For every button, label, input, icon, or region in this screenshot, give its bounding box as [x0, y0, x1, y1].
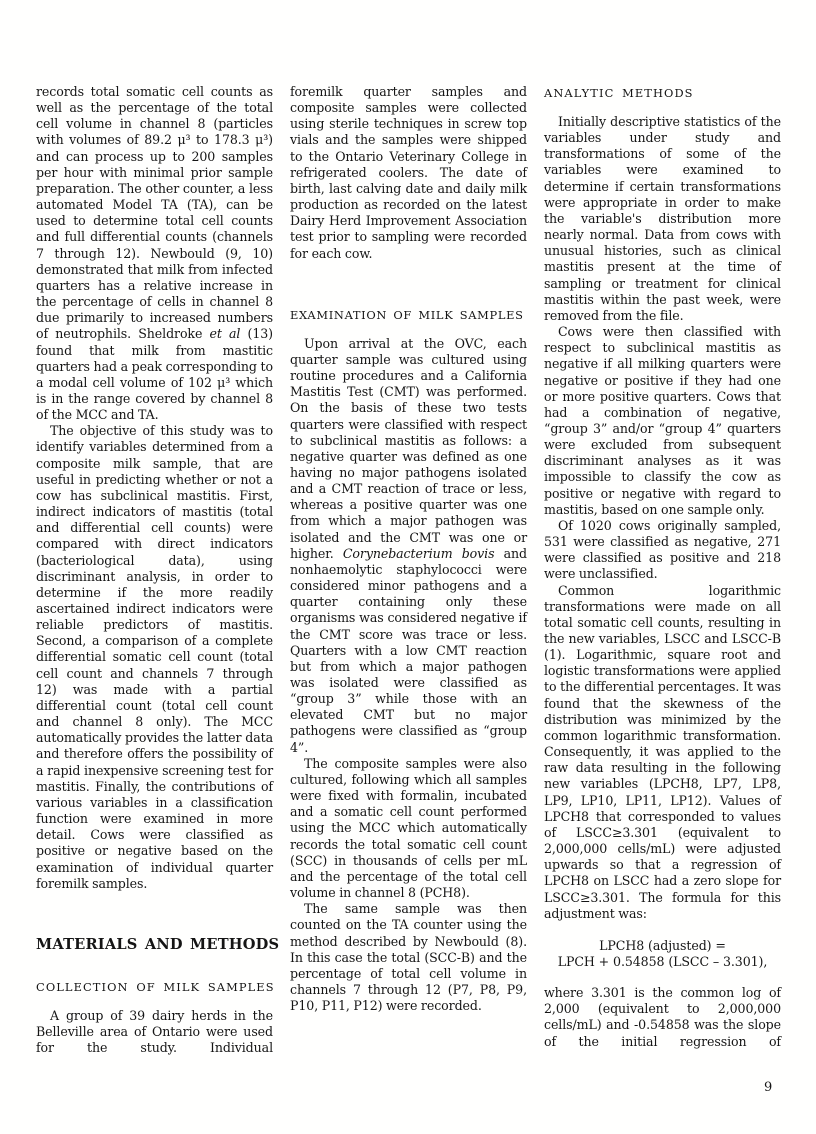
journal-page: records total somatic cell counts as wel… [0, 0, 816, 1134]
column-middle: foremilk quarter samples and composite s… [290, 84, 527, 1056]
paragraph: Cows were then classified with respect t… [544, 324, 781, 518]
formula-line-2: LPCH + 0.54858 (LSCC – 3.301), [544, 954, 781, 970]
paragraph: records total somatic cell counts as wel… [36, 84, 273, 423]
adjustment-formula: LPCH8 (adjusted) = LPCH + 0.54858 (LSCC … [544, 938, 781, 970]
paragraph-text: records total somatic cell counts as wel… [36, 84, 273, 341]
paragraph: Initially descriptive statistics of the … [544, 114, 781, 324]
paragraph: Of 1020 cows originally sampled, 531 wer… [544, 518, 781, 583]
paragraph: The same sample was then counted on the … [290, 901, 527, 1014]
paragraph: Common logarithmic transformations were … [544, 583, 781, 922]
italic-species-name: Corynebacterium bovis [343, 546, 495, 561]
paragraph: foremilk quarter samples and composite s… [290, 84, 527, 262]
subsection-heading-examination-of-milk-samples: EXAMINATION OF MILK SAMPLES [290, 308, 527, 322]
section-heading-materials-and-methods: MATERIALS AND METHODS [36, 936, 273, 954]
paragraph: where 3.301 is the common log of 2,000 (… [544, 985, 781, 1050]
italic-citation: et al [210, 326, 241, 341]
paragraph-text: Upon arrival at the OVC, each quarter sa… [290, 336, 527, 561]
page-number: 9 [764, 1080, 772, 1096]
paragraph: The objective of this study was to ident… [36, 423, 273, 892]
subsection-heading-analytic-methods: ANALYTIC METHODS [544, 86, 781, 100]
formula-line-1: LPCH8 (adjusted) = [544, 938, 781, 954]
paragraph: Upon arrival at the OVC, each quarter sa… [290, 336, 527, 756]
paragraph: A group of 39 dairy herds in the Bellevi… [36, 1008, 273, 1056]
column-left: records total somatic cell counts as wel… [36, 84, 273, 1056]
three-column-text-body: records total somatic cell counts as wel… [36, 84, 781, 1056]
paragraph-text: and nonhaemolytic staphylococci were con… [290, 546, 527, 755]
column-right: ANALYTIC METHODS Initially descriptive s… [544, 84, 781, 1056]
paragraph: The composite samples were also cultured… [290, 756, 527, 901]
subsection-heading-collection-of-milk-samples: COLLECTION OF MILK SAMPLES [36, 980, 273, 994]
